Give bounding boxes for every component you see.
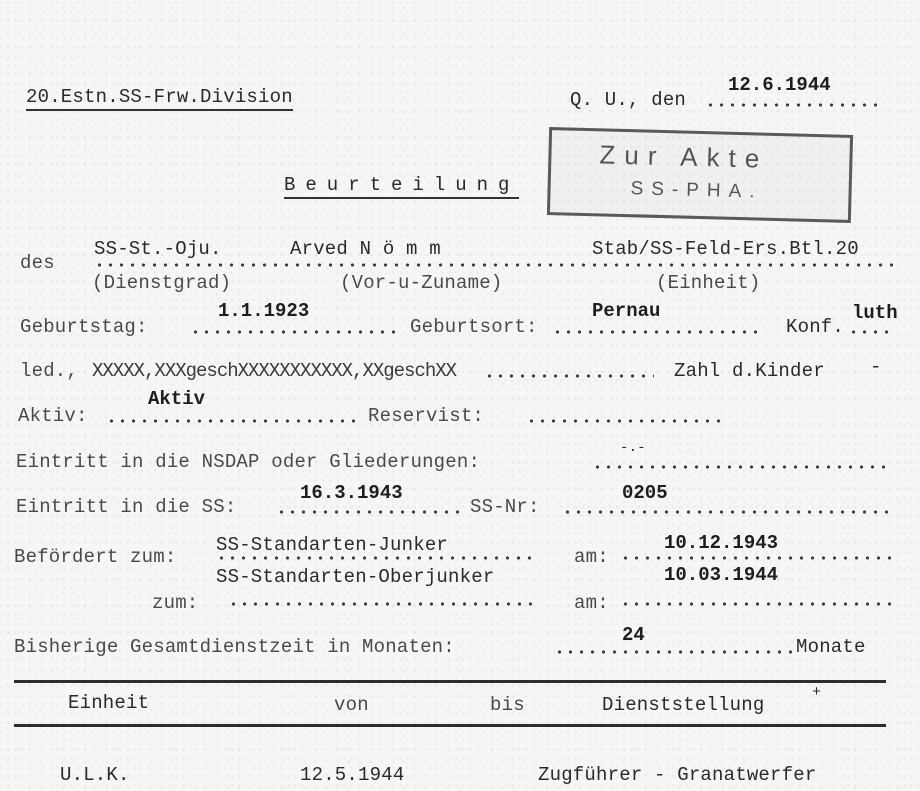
promotion-label: Befördert zum: (14, 546, 176, 568)
file-stamp: Zur Akte SS-PHA. (547, 127, 853, 223)
person-name: Arved N ö m m (290, 238, 441, 260)
nsdap-dotted-line (592, 465, 890, 469)
promotion-date-1: 10.12.1943 (664, 532, 778, 554)
ss-number-dotted-line (562, 510, 892, 514)
confession: luth (852, 302, 898, 324)
ss-number-label: SS-Nr: (470, 496, 540, 518)
stamp-line-1: Zur Akte (599, 139, 769, 174)
person-dotted-line (94, 263, 894, 267)
total-service-value: 24 (622, 624, 645, 646)
promotion-date-1-dotted-line (620, 556, 892, 560)
birth-place-label: Geburtsort: (410, 316, 538, 338)
promotion-second-label: zum: (152, 592, 198, 614)
total-service-dotted-line (554, 650, 794, 654)
column-header-position: Dienststellung (602, 694, 764, 716)
rank-caption: (Dienstgrad) (92, 272, 231, 294)
total-service-unit: Monate (796, 636, 866, 658)
promotion-date-2-dotted-line (620, 602, 892, 606)
ss-number: 0205 (622, 482, 668, 504)
children-count: - (870, 356, 882, 378)
footnote-mark: + (812, 684, 821, 701)
confession-dotted-line (848, 330, 888, 334)
date-dotted-line (705, 103, 883, 107)
table-top-rule (14, 680, 886, 683)
marital-status: led., (20, 360, 78, 382)
document-date: 12.6.1944 (728, 74, 831, 96)
paper-texture (0, 0, 920, 791)
person-unit: Stab/SS-Feld-Ers.Btl.20 (592, 238, 859, 260)
stamp-line-2: SS-PHA. (630, 178, 763, 203)
column-header-to: bis (490, 694, 525, 716)
nsdap-value: -.- (620, 440, 646, 456)
ss-entry-date: 16.3.1943 (300, 482, 403, 504)
table-header-rule (14, 724, 886, 727)
active-label: Aktiv: (18, 405, 88, 427)
promotion-rank-1-dotted-line (216, 556, 538, 560)
birth-date: 1.1.1923 (218, 300, 309, 322)
birth-date-dotted-line (190, 330, 402, 334)
nsdap-label: Eintritt in die NSDAP oder Gliederungen: (16, 451, 480, 473)
table-cell-position: Zugführer - Granatwerfer (538, 764, 816, 786)
person-rank: SS-St.-Oju. (94, 238, 222, 260)
struck-out-options: XXXXX,XXXgeschXXXXXXXXXXX,XXgeschXX (92, 360, 456, 382)
table-cell-unit: U.L.K. (60, 764, 130, 786)
assessment-form: 20.Estn.SS-Frw.Division Q. U., den 12.6.… (0, 0, 920, 791)
children-label: Zahl d.Kinder (674, 360, 825, 382)
column-header-from: von (334, 694, 369, 716)
promotion-rank-2: SS-Standarten-Oberjunker (216, 566, 494, 588)
unit-caption: (Einheit) (656, 272, 760, 294)
reservist-dotted-line (526, 419, 722, 423)
reservist-label: Reservist: (368, 405, 484, 427)
promotion-rank-2-dotted-line (228, 602, 538, 606)
ss-entry-label: Eintritt in die SS: (16, 496, 236, 518)
column-header-unit: Einheit (68, 692, 149, 714)
place-date-label: Q. U., den (570, 89, 686, 111)
family-dotted-line (484, 374, 654, 378)
birth-place: Pernau (592, 300, 660, 322)
promotion-rank-1: SS-Standarten-Junker (216, 534, 448, 556)
active-dotted-line (106, 419, 356, 423)
promotion-date-2: 10.03.1944 (664, 564, 778, 586)
promotion-date-1-label: am: (574, 546, 609, 568)
total-service-label: Bisherige Gesamtdienstzeit in Monaten: (14, 636, 455, 658)
table-cell-from: 12.5.1944 (300, 764, 404, 786)
ss-entry-dotted-line (276, 510, 466, 514)
active-value: Aktiv (148, 388, 205, 410)
confession-label: Konf. (786, 316, 844, 338)
division-heading: 20.Estn.SS-Frw.Division (26, 86, 293, 111)
birth-place-dotted-line (552, 330, 760, 334)
person-prefix: des (20, 252, 55, 274)
birth-date-label: Geburtstag: (20, 316, 148, 338)
document-title: Beurteilung (284, 174, 519, 199)
name-caption: (Vor-u-Zuname) (340, 272, 502, 294)
promotion-date-2-label: am: (574, 592, 609, 614)
